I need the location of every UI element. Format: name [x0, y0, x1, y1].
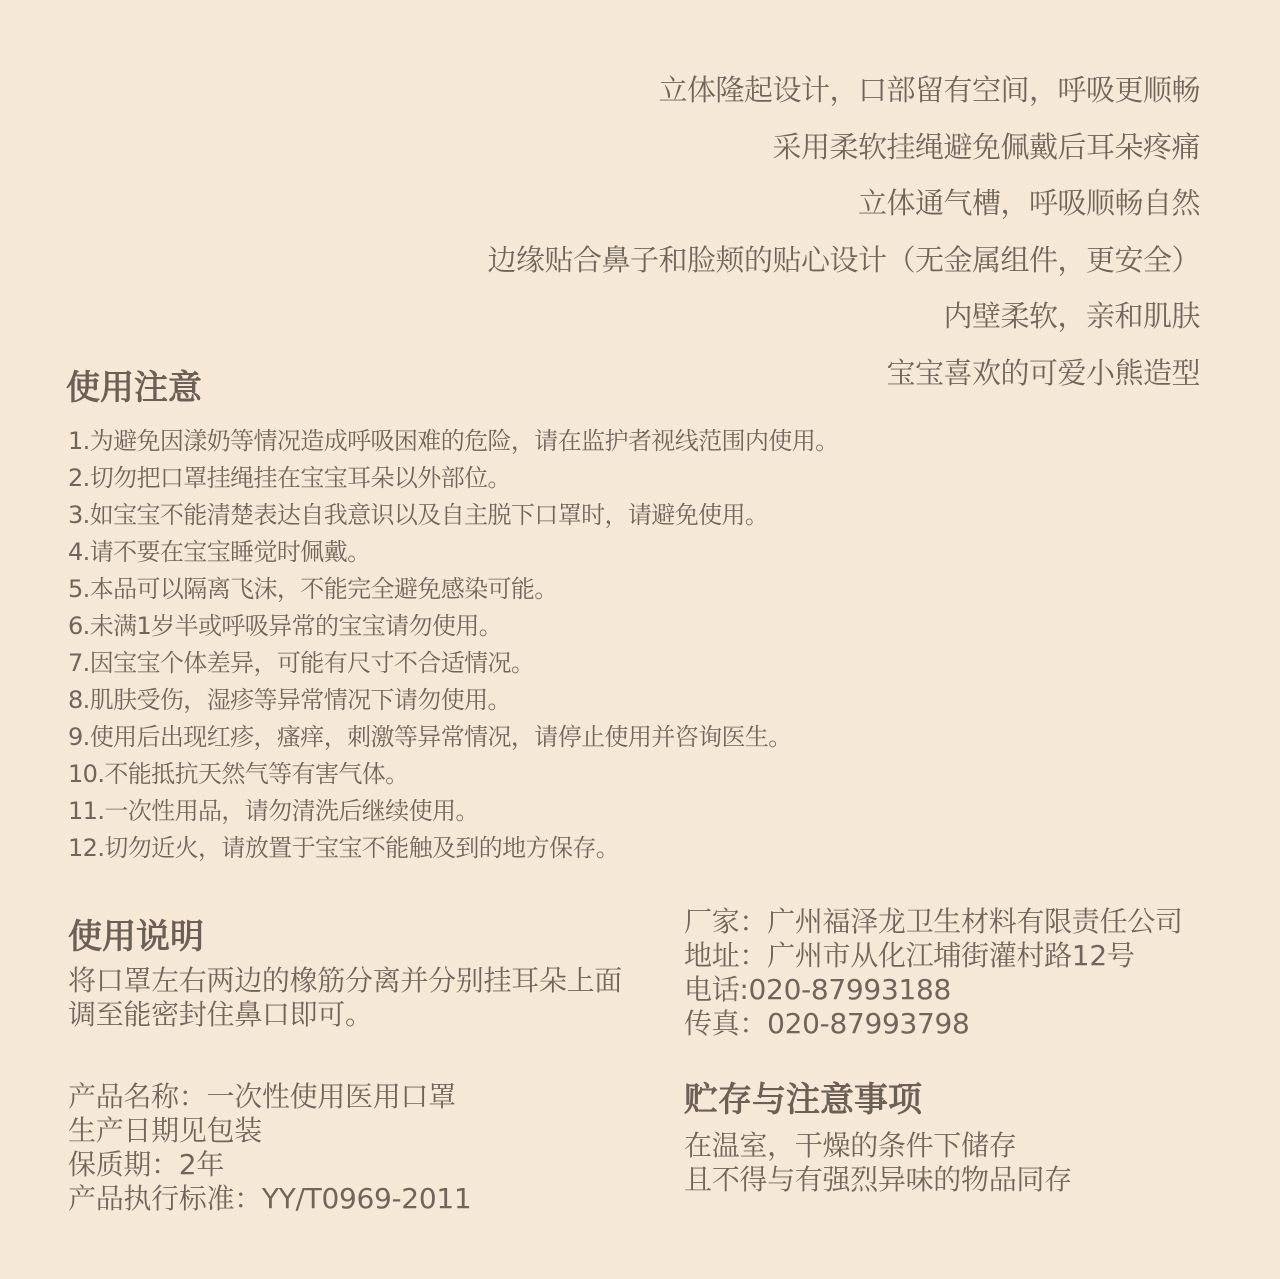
- product-name: 产品名称：一次性使用医用口罩: [68, 1080, 471, 1114]
- manufacturer-address: 地址：广州市从化江埔街灌村路12号: [684, 939, 1183, 973]
- feature-item: 立体通气槽，呼吸顺畅自然: [487, 175, 1200, 232]
- storage-title: 贮存与注意事项: [684, 1080, 922, 1120]
- storage-line: 且不得与有强烈异味的物品同存: [684, 1163, 1072, 1197]
- precaution-item: 2.切勿把口罩挂绳挂在宝宝耳朵以外部位。: [68, 460, 839, 497]
- product-info: 产品名称：一次性使用医用口罩 生产日期见包装 保质期：2年 产品执行标准：YY/…: [68, 1080, 471, 1216]
- storage-body: 在温室，干燥的条件下储存 且不得与有强烈异味的物品同存: [684, 1129, 1072, 1197]
- precaution-item: 5.本品可以隔离飞沫，不能完全避免感染可能。: [68, 571, 839, 608]
- shelf-life: 保质期：2年: [68, 1148, 471, 1182]
- manufacturer-info: 厂家：广州福泽龙卫生材料有限责任公司 地址：广州市从化江埔街灌村路12号 电话:…: [684, 905, 1183, 1041]
- manufacturer-phone: 电话:020-87993188: [684, 973, 1183, 1007]
- feature-item: 宝宝喜欢的可爱小熊造型: [487, 345, 1200, 402]
- production-date-note: 生产日期见包装: [68, 1114, 471, 1148]
- feature-item: 边缘贴合鼻子和脸颊的贴心设计（无金属组件，更安全）: [487, 232, 1200, 289]
- instruction-line: 调至能密封住鼻口即可。: [68, 998, 622, 1032]
- precaution-item: 10.不能抵抗天然气等有害气体。: [68, 756, 839, 793]
- instructions-title: 使用说明: [68, 917, 204, 957]
- storage-line: 在温室，干燥的条件下储存: [684, 1129, 1072, 1163]
- precaution-item: 11.一次性用品，请勿清洗后继续使用。: [68, 793, 839, 830]
- product-standard: 产品执行标准：YY/T0969-2011: [68, 1182, 471, 1216]
- feature-list: 立体隆起设计，口部留有空间，呼吸更顺畅 采用柔软挂绳避免佩戴后耳朵疼痛 立体通气…: [487, 62, 1200, 401]
- precaution-item: 9.使用后出现红疹，瘙痒，刺激等异常情况，请停止使用并咨询医生。: [68, 719, 839, 756]
- precautions-list: 1.为避免因漾奶等情况造成呼吸困难的危险，请在监护者视线范围内使用。 2.切勿把…: [68, 423, 839, 867]
- feature-item: 内壁柔软，亲和肌肤: [487, 288, 1200, 345]
- precautions-title: 使用注意: [66, 368, 202, 408]
- precaution-item: 4.请不要在宝宝睡觉时佩戴。: [68, 534, 839, 571]
- precaution-item: 8.肌肤受伤，湿疹等异常情况下请勿使用。: [68, 682, 839, 719]
- instructions-body: 将口罩左右两边的橡筋分离并分别挂耳朵上面 调至能密封住鼻口即可。: [68, 964, 622, 1032]
- precaution-item: 12.切勿近火，请放置于宝宝不能触及到的地方保存。: [68, 830, 839, 867]
- feature-item: 立体隆起设计，口部留有空间，呼吸更顺畅: [487, 62, 1200, 119]
- manufacturer-name: 厂家：广州福泽龙卫生材料有限责任公司: [684, 905, 1183, 939]
- precaution-item: 7.因宝宝个体差异，可能有尺寸不合适情况。: [68, 645, 839, 682]
- feature-item: 采用柔软挂绳避免佩戴后耳朵疼痛: [487, 119, 1200, 176]
- precaution-item: 1.为避免因漾奶等情况造成呼吸困难的危险，请在监护者视线范围内使用。: [68, 423, 839, 460]
- precaution-item: 3.如宝宝不能清楚表达自我意识以及自主脱下口罩时，请避免使用。: [68, 497, 839, 534]
- manufacturer-fax: 传真：020-87993798: [684, 1007, 1183, 1041]
- precaution-item: 6.未满1岁半或呼吸异常的宝宝请勿使用。: [68, 608, 839, 645]
- instruction-line: 将口罩左右两边的橡筋分离并分别挂耳朵上面: [68, 964, 622, 998]
